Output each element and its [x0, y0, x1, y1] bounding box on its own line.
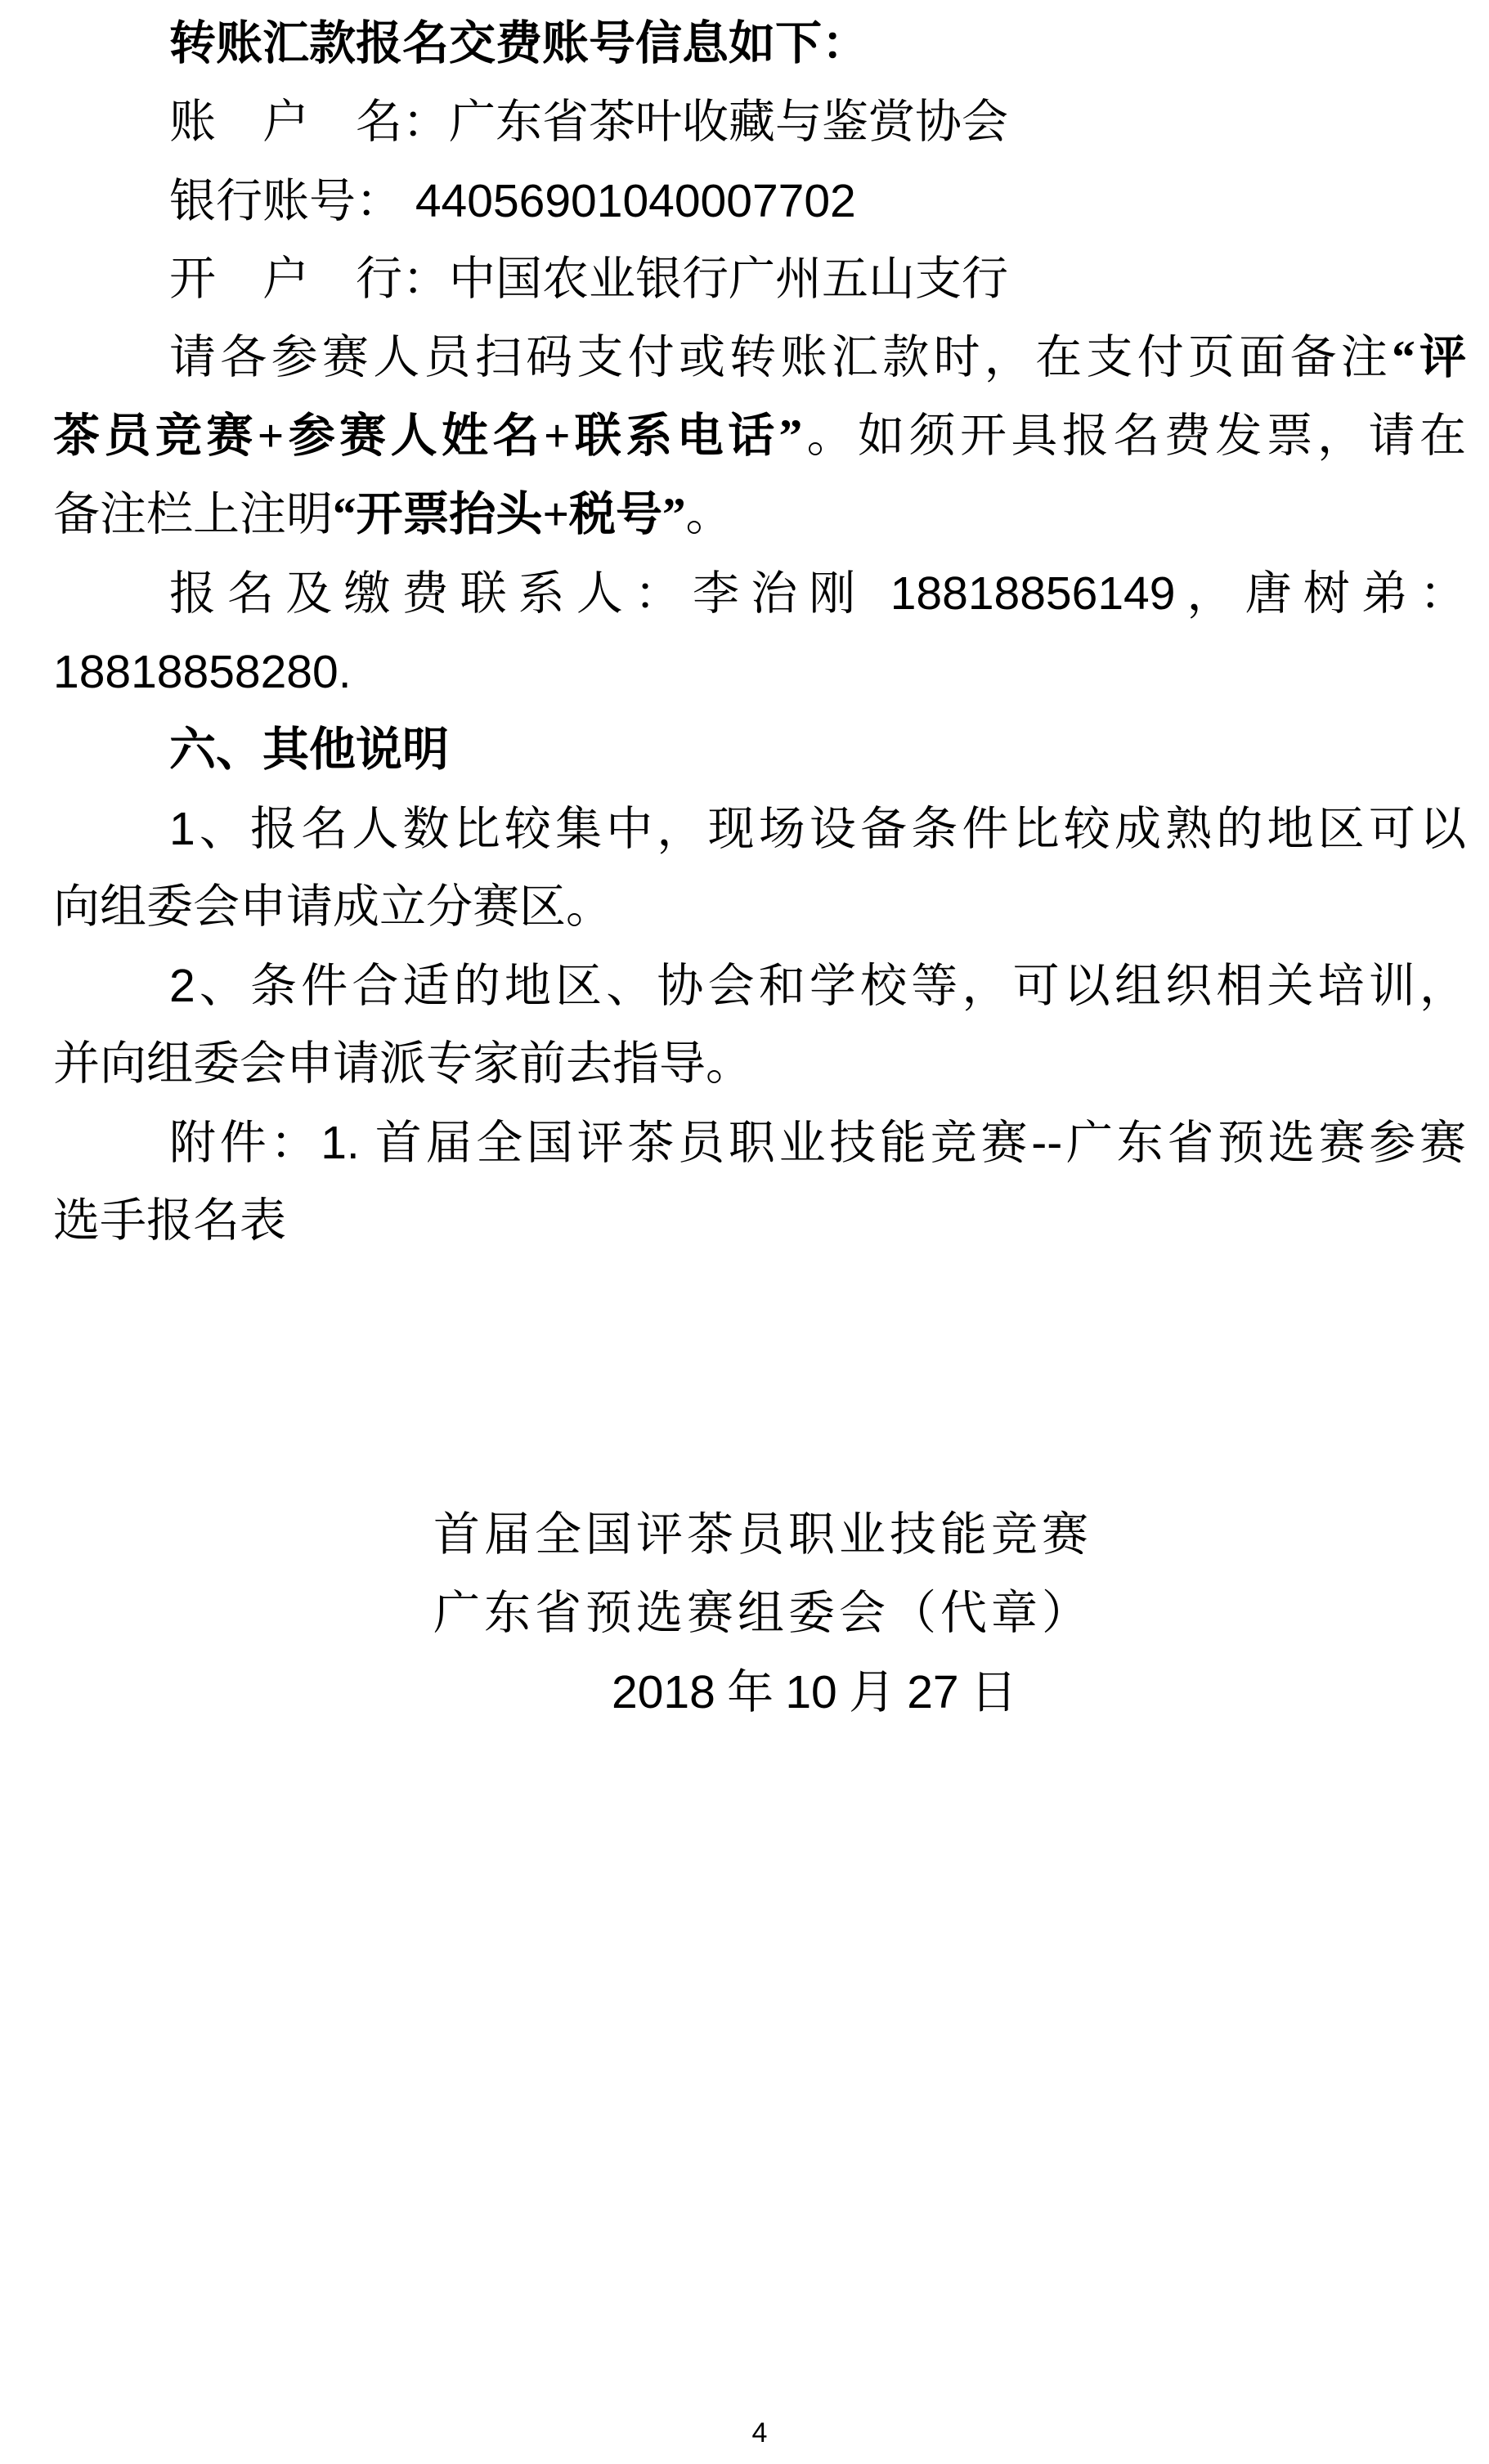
text-segment: 广东省预选赛参赛: [1062, 1118, 1466, 1169]
text-segment: 银行账号：: [169, 176, 402, 227]
text-segment: 44056901040007702: [402, 175, 856, 227]
bank-branch-line: 开 户 行：中国农业银行广州五山支行: [53, 240, 1466, 319]
text-segment: 、报名人数比较集中，现场设备条件比较成熟的地区可以: [195, 804, 1466, 855]
note-2-line-2: 并向组委会申请派专家前去指导。: [53, 1025, 1466, 1104]
blank-line: [53, 1339, 1466, 1418]
note-1-line-2: 向组委会申请成立分赛区。: [53, 868, 1466, 947]
payment-note-line-3: 备注栏上注明“开票抬头+税号”。: [53, 476, 1466, 554]
bank-account-number-line: 银行账号： 44056901040007702: [53, 162, 1466, 240]
text-segment: 。如须开具报名费发票，请在: [802, 410, 1466, 462]
text-segment: 1.: [321, 1117, 360, 1169]
text-segment: 。: [685, 489, 732, 540]
contact-line-1: 报名及缴费联系人：李治刚 18818856149，唐树弟：: [53, 554, 1466, 633]
section-heading-other-notes: 六、其他说明: [53, 711, 1466, 790]
text-segment: 1: [169, 803, 195, 855]
signature-org-line-1: 首届全国评茶员职业技能竞赛: [53, 1496, 1466, 1575]
text-segment: 转账汇款报名交费账号信息如下：: [169, 18, 868, 69]
blank-line: [53, 1261, 1466, 1339]
account-name-line: 账 户 名：广东省茶叶收藏与鉴赏协会: [53, 83, 1466, 162]
text-segment: 首届全国评茶员职业技能竞赛: [433, 1509, 1092, 1561]
text-segment: 茶员竞赛+参赛人姓名+联系电话”: [53, 410, 802, 462]
contact-line-2: 18818858280.: [53, 633, 1466, 711]
note-2-line-1: 2、条件合适的地区、协会和学校等，可以组织相关培训，: [53, 947, 1466, 1025]
document-page: 转账汇款报名交费账号信息如下：账 户 名：广东省茶叶收藏与鉴赏协会银行账号： 4…: [0, 0, 1489, 2464]
payment-note-line-2: 茶员竞赛+参赛人姓名+联系电话”。如须开具报名费发票，请在: [53, 397, 1466, 476]
text-segment: 、条件合适的地区、协会和学校等，可以组织相关培训，: [195, 961, 1466, 1012]
attachment-line-1: 附件：1. 首届全国评茶员职业技能竞赛--广东省预选赛参赛: [53, 1104, 1466, 1182]
signature-org-line-2: 广东省预选赛组委会（代章）: [53, 1575, 1466, 1653]
text-segment: ，唐树弟：: [1175, 568, 1466, 620]
signature-date-line: 2018 年 10 月 27 日: [53, 1653, 1466, 1732]
note-1-line-1: 1、报名人数比较集中，现场设备条件比较成熟的地区可以: [53, 790, 1466, 868]
text-segment: 附件：: [169, 1118, 321, 1169]
text-segment: “评: [1392, 332, 1466, 383]
text-segment: 开 户 行：中国农业银行广州五山支行: [169, 253, 1008, 305]
text-segment: 广东省预选赛组委会（代章）: [433, 1588, 1092, 1639]
document-body: 转账汇款报名交费账号信息如下：账 户 名：广东省茶叶收藏与鉴赏协会银行账号： 4…: [53, 5, 1466, 1732]
text-segment: 2: [169, 960, 195, 1012]
blank-line: [53, 1418, 1466, 1496]
text-segment: 日: [959, 1667, 1017, 1718]
text-segment: 请各参赛人员扫码支付或转账汇款时，在支付页面备注: [169, 332, 1392, 383]
text-segment: 选手报名表: [53, 1195, 286, 1247]
text-segment: 备注栏上注明: [53, 489, 333, 540]
text-segment: 18818856149: [890, 567, 1176, 620]
text-segment: 并向组委会申请派专家前去指导。: [53, 1038, 752, 1090]
text-segment: 首届全国评茶员职业技能竞赛: [360, 1118, 1031, 1169]
text-segment: 账 户 名：广东省茶叶收藏与鉴赏协会: [169, 96, 1008, 148]
text-segment: 年: [715, 1667, 786, 1718]
text-segment: 报名及缴费联系人：李治刚: [169, 568, 890, 620]
text-segment: 六、其他说明: [169, 724, 449, 776]
text-segment: 10: [785, 1666, 836, 1718]
text-segment: --: [1031, 1117, 1062, 1169]
text-segment: 月: [837, 1667, 908, 1718]
text-segment: 27: [907, 1666, 958, 1718]
payment-note-line-1: 请各参赛人员扫码支付或转账汇款时，在支付页面备注“评: [53, 319, 1466, 397]
payment-account-heading: 转账汇款报名交费账号信息如下：: [53, 5, 1466, 83]
text-segment: 18818858280.: [53, 646, 352, 698]
attachment-line-2: 选手报名表: [53, 1182, 1466, 1261]
text-segment: 2018: [612, 1666, 715, 1718]
text-segment: “开票抬头+税号”: [333, 489, 685, 540]
text-segment: 向组委会申请成立分赛区。: [53, 881, 612, 933]
page-number: 4: [53, 2413, 1466, 2453]
